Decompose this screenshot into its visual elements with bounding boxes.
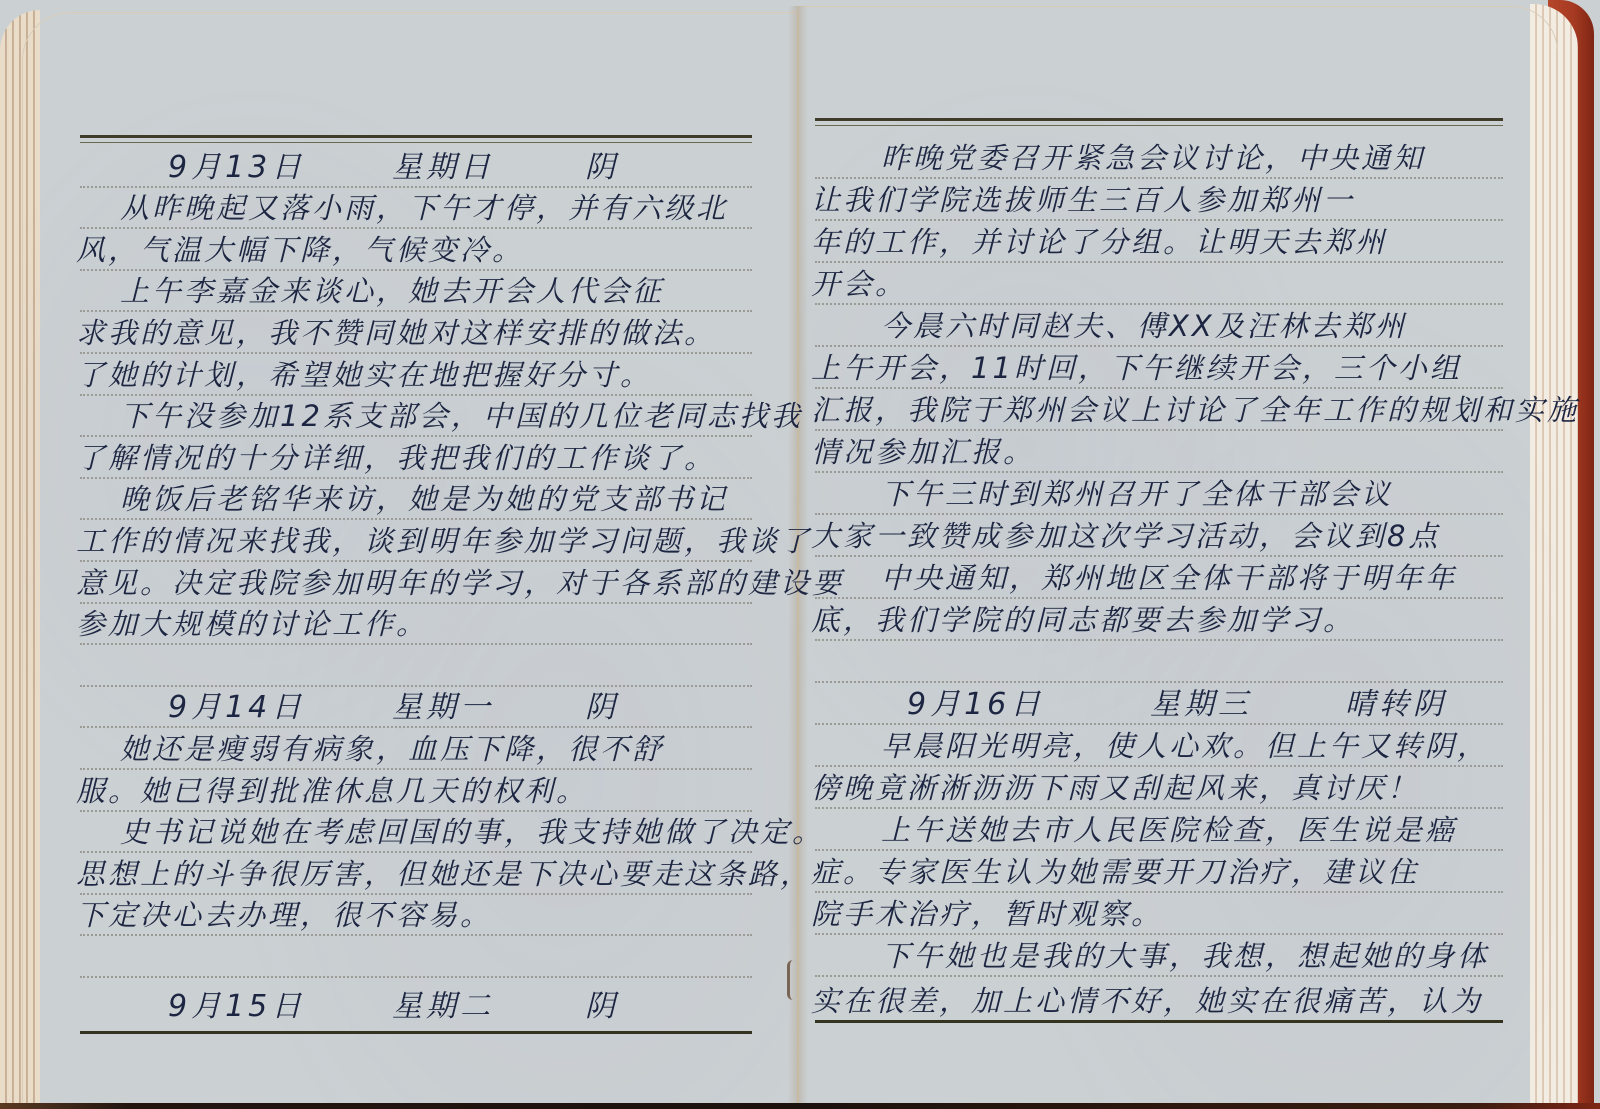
ruled-line: 参加大规模的讨论工作。 xyxy=(80,604,752,646)
handwritten-line: 从昨晚起又落小雨，下午才停，并有六级北 xyxy=(120,191,728,225)
handwritten-line: 史书记说她在考虑回国的事，我支持她做了决定。 xyxy=(120,815,824,849)
ruled-line: 下午三时到郑州召开了全体干部会议 xyxy=(815,473,1503,515)
handwritten-line: 晚饭后老铭华来访，她是为她的党支部书记 xyxy=(120,482,728,516)
handwritten-line: 工作的情况来找我，谈到明年参加学习问题，我谈了 xyxy=(76,524,812,558)
ruled-line: 了解情况的十分详细，我把我们的工作谈了。 xyxy=(80,437,752,479)
entry-weather: 阴 xyxy=(585,150,619,186)
handwritten-line: 中央通知，郑州地区全体干部将于明年年 xyxy=(881,561,1457,595)
ruled-lines: 9月13日 星期日 阴 从昨晚起又落小雨，下午才停，并有六级北 风，气温大幅下降… xyxy=(80,146,752,1034)
handwritten-line: 意见。决定我院参加明年的学习，对于各系部的建设要 xyxy=(76,566,844,600)
ruled-line: 傍晚竟淅淅沥沥下雨又刮起风来，真讨厌！ xyxy=(815,767,1503,809)
handwritten-line: 下午三时到郑州召开了全体干部会议 xyxy=(881,477,1393,511)
entry-weather: 阴 xyxy=(585,690,619,726)
entry-header: 9月13日 星期日 阴 xyxy=(80,146,752,188)
handwritten-line: 情况参加汇报。 xyxy=(811,435,1035,469)
entry-weekday: 星期日 xyxy=(392,150,494,186)
ruled-line: 下午她也是我的大事，我想，想起她的身体 xyxy=(815,935,1503,977)
top-rule xyxy=(815,118,1503,121)
ruled-lines: 昨晚党委召开紧急会议讨论，中央通知 让我们学院选拔师生三百人参加郑州一 年的工作… xyxy=(815,137,1503,1023)
handwritten-line: 风，气温大幅下降，气候变冷。 xyxy=(76,233,524,267)
handwritten-line: 症。专家医生认为她需要开刀治疗，建议住 xyxy=(811,855,1419,889)
top-rule-thin xyxy=(815,125,1503,126)
ruled-line: 今晨六时同赵夫、傅XX及汪林去郑州 xyxy=(815,305,1503,347)
blank-ruled-line xyxy=(80,645,752,687)
handwritten-line: 参加大规模的讨论工作。 xyxy=(76,607,428,641)
handwritten-line: 实在很差，加上心情不好，她实在很痛苦，认为 xyxy=(811,984,1483,1018)
handwritten-line: 了她的计划，希望她实在地把握好分寸。 xyxy=(76,358,652,392)
ruled-line: 开会。 xyxy=(815,263,1503,305)
ruled-line: 工作的情况来找我，谈到明年参加学习问题，我谈了 xyxy=(80,520,752,562)
handwritten-line: 下午没参加12系支部会，中国的几位老同志找我 xyxy=(120,399,803,433)
ruled-line: 年的工作，并讨论了分组。让明天去郑州 xyxy=(815,221,1503,263)
ruled-line: 上午李嘉金来谈心，她去开会人代会征 xyxy=(80,271,752,313)
blank-ruled-line xyxy=(80,936,752,978)
ruled-line: 下午没参加12系支部会，中国的几位老同志找我 xyxy=(80,396,752,438)
handwritten-line: 上午开会，11时回，下午继续开会，三个小组 xyxy=(811,351,1462,385)
ruled-line: 风，气温大幅下降，气候变冷。 xyxy=(80,229,752,271)
entry-weather: 晴转阴 xyxy=(1345,687,1447,723)
handwritten-line: 昨晚党委召开紧急会议讨论，中央通知 xyxy=(881,141,1425,175)
ruled-line: 症。专家医生认为她需要开刀治疗，建议住 xyxy=(815,851,1503,893)
handwritten-line: 上午李嘉金来谈心，她去开会人代会征 xyxy=(120,274,664,308)
right-page-content: 昨晚党委召开紧急会议讨论，中央通知 让我们学院选拔师生三百人参加郑州一 年的工作… xyxy=(815,118,1503,126)
top-rule-thin xyxy=(80,142,752,143)
handwritten-line: 院手术治疗，暂时观察。 xyxy=(811,897,1163,931)
ruled-line: 院手术治疗，暂时观察。 xyxy=(815,893,1503,935)
entry-weekday: 星期一 xyxy=(392,690,494,726)
ruled-line: 情况参加汇报。 xyxy=(815,431,1503,473)
handwritten-line: 服。她已得到批准休息几天的权利。 xyxy=(76,774,588,808)
entry-header: 9月16日 星期三 晴转阴 xyxy=(815,683,1503,725)
ruled-line: 上午开会，11时回，下午继续开会，三个小组 xyxy=(815,347,1503,389)
left-page-content: 9月13日 星期日 阴 从昨晚起又落小雨，下午才停，并有六级北 风，气温大幅下降… xyxy=(80,135,752,143)
handwritten-line: 思想上的斗争很厉害，但她还是下决心要走这条路， xyxy=(76,857,812,891)
gutter-tear xyxy=(787,960,796,1000)
ruled-line: 中央通知，郑州地区全体干部将于明年年 xyxy=(815,557,1503,599)
ruled-line: 下定决心去办理，很不容易。 xyxy=(80,895,752,937)
ruled-line: 史书记说她在考虑回国的事，我支持她做了决定。 xyxy=(80,812,752,854)
entry-weekday: 星期三 xyxy=(1150,687,1252,723)
ruled-line: 上午送她去市人民医院检查，医生说是癌 xyxy=(815,809,1503,851)
entry-header: 9月14日 星期一 阴 xyxy=(80,687,752,729)
handwritten-line: 让我们学院选拔师生三百人参加郑州一 xyxy=(811,183,1355,217)
ruled-line: 思想上的斗争很厉害，但她还是下决心要走这条路， xyxy=(80,853,752,895)
ruled-line: 意见。决定我院参加明年的学习，对于各系部的建设要 xyxy=(80,562,752,604)
handwritten-line: 大家一致赞成参加这次学习活动，会议到8点 xyxy=(811,519,1440,553)
entry-weekday: 星期二 xyxy=(392,989,494,1025)
ruled-line: 实在很差，加上心情不好，她实在很痛苦，认为 xyxy=(815,977,1503,1023)
ruled-line: 让我们学院选拔师生三百人参加郑州一 xyxy=(815,179,1503,221)
top-rule xyxy=(80,135,752,138)
ruled-line: 汇报，我院于郑州会议上讨论了全年工作的规划和实施 xyxy=(815,389,1503,431)
handwritten-line: 底，我们学院的同志都要去参加学习。 xyxy=(811,603,1355,637)
handwritten-line: 汇报，我院于郑州会议上讨论了全年工作的规划和实施 xyxy=(811,393,1579,427)
entry-date: 9月15日 xyxy=(168,989,305,1025)
handwritten-line: 她还是瘦弱有病象，血压下降，很不舒 xyxy=(120,732,664,766)
ruled-line: 她还是瘦弱有病象，血压下降，很不舒 xyxy=(80,728,752,770)
handwritten-line: 下定决心去办理，很不容易。 xyxy=(76,898,492,932)
handwritten-line: 上午送她去市人民医院检查，医生说是癌 xyxy=(881,813,1457,847)
ruled-line: 晚饭后老铭华来访，她是为她的党支部书记 xyxy=(80,479,752,521)
entry-weather: 阴 xyxy=(585,989,619,1025)
ruled-line: 底，我们学院的同志都要去参加学习。 xyxy=(815,599,1503,641)
handwritten-line: 今晨六时同赵夫、傅XX及汪林去郑州 xyxy=(881,309,1407,343)
ruled-line: 服。她已得到批准休息几天的权利。 xyxy=(80,770,752,812)
handwritten-line: 求我的意见，我不赞同她对这样安排的做法。 xyxy=(76,316,716,350)
handwritten-line: 下午她也是我的大事，我想，想起她的身体 xyxy=(881,939,1489,973)
handwritten-line: 年的工作，并讨论了分组。让明天去郑州 xyxy=(811,225,1387,259)
entry-date: 9月13日 xyxy=(168,150,305,186)
blank-ruled-line xyxy=(815,641,1503,683)
ruled-line: 大家一致赞成参加这次学习活动，会议到8点 xyxy=(815,515,1503,557)
entry-header: 9月15日 星期二 阴 xyxy=(80,978,752,1034)
bottom-shadow xyxy=(0,1103,1600,1109)
ruled-line: 求我的意见，我不赞同她对这样安排的做法。 xyxy=(80,312,752,354)
handwritten-line: 开会。 xyxy=(811,267,907,301)
handwritten-line: 傍晚竟淅淅沥沥下雨又刮起风来，真讨厌！ xyxy=(811,771,1419,805)
handwritten-line: 了解情况的十分详细，我把我们的工作谈了。 xyxy=(76,441,716,475)
handwritten-line: 早晨阳光明亮，使人心欢。但上午又转阴， xyxy=(881,729,1489,763)
entry-date: 9月14日 xyxy=(168,690,305,726)
ruled-line: 昨晚党委召开紧急会议讨论，中央通知 xyxy=(815,137,1503,179)
entry-date: 9月16日 xyxy=(907,687,1044,723)
ruled-line: 早晨阳光明亮，使人心欢。但上午又转阴， xyxy=(815,725,1503,767)
ruled-line: 了她的计划，希望她实在地把握好分寸。 xyxy=(80,354,752,396)
ruled-line: 从昨晚起又落小雨，下午才停，并有六级北 xyxy=(80,188,752,230)
